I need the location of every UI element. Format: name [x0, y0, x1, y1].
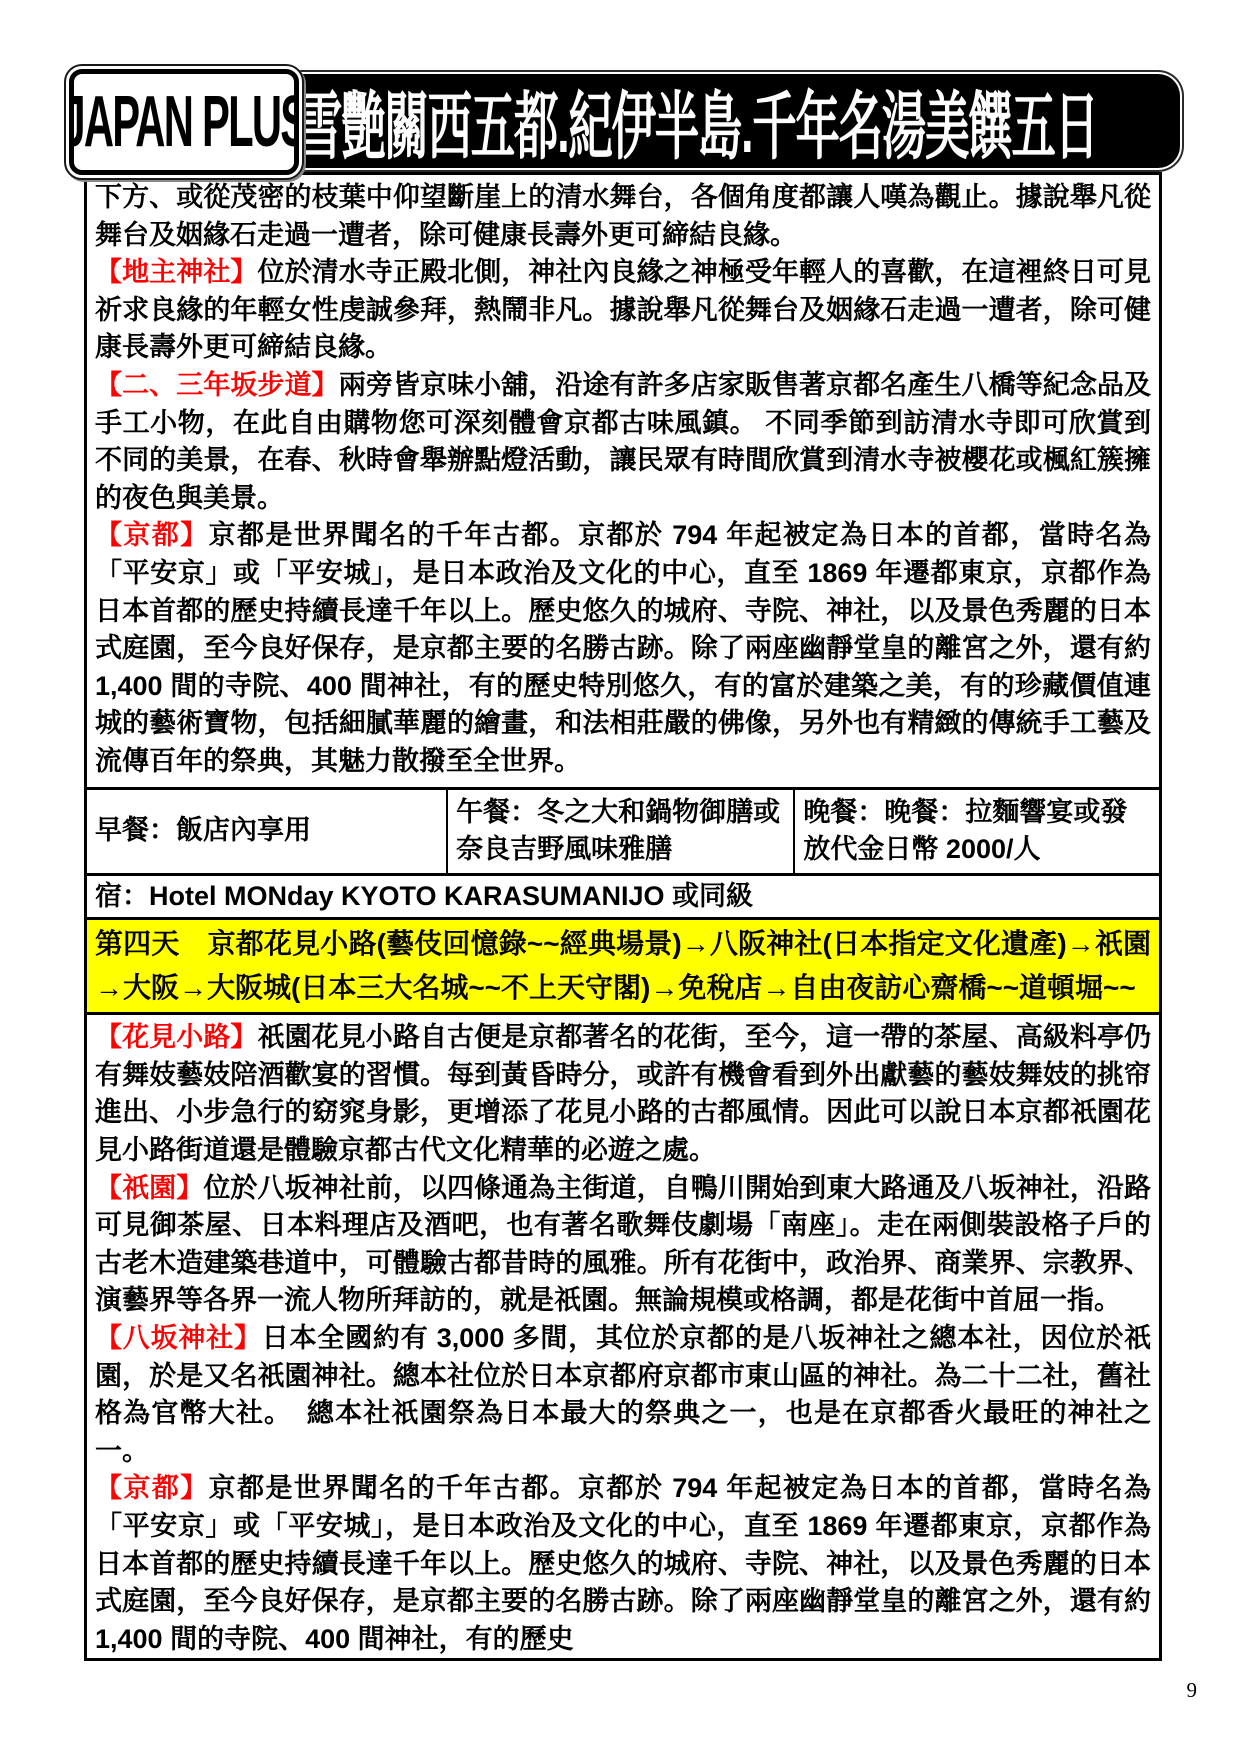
section-label: 【二、三年坂步道】 — [95, 370, 339, 400]
page-number: 9 — [1187, 1678, 1198, 1703]
section-label: 【京都】 — [95, 1473, 209, 1503]
section-label: 【花見小路】 — [95, 1022, 257, 1052]
itinerary-page: 雪艷關西五都.紀伊半島.千年名湯美饌五日 JAPAN PLUS 下方、或從茂密的… — [0, 0, 1241, 1755]
meal-table: 早餐：飯店內享用 午餐：冬之大和鍋物御膳或奈良吉野風味雅膳 晚餐：晚餐：拉麵響宴… — [87, 787, 1159, 876]
paragraph-hanami-koji: 【花見小路】祇園花見小路自古便是京都著名的花街，至今，這一帶的茶屋、高級料亭仍有… — [87, 1015, 1159, 1169]
tour-title: 雪艷關西五都.紀伊半島.千年名湯美饌五日 — [280, 68, 1098, 174]
breakfast-cell: 早餐：飯店內享用 — [87, 790, 446, 873]
section-label: 【京都】 — [95, 520, 209, 550]
paragraph-text: 下方、或從茂密的枝葉中仰望斷崖上的清水舞台，各個角度都讓人嘆為觀止。據說舉凡從舞… — [95, 182, 1151, 250]
paragraph-text: 位於八坂神社前，以四條通為主街道，自鴨川開始到東大路通及八坂神社，沿路可見御茶屋… — [95, 1173, 1151, 1316]
lunch-cell: 午餐：冬之大和鍋物御膳或奈良吉野風味雅膳 — [446, 790, 793, 873]
paragraph-gion: 【祇園】位於八坂神社前，以四條通為主街道，自鴨川開始到東大路通及八坂神社，沿路可… — [87, 1170, 1159, 1320]
japan-plus-logo-inner: JAPAN PLUS — [69, 69, 299, 175]
paragraph-yasaka-shrine: 【八坂神社】日本全國約有 3,000 多間，其位於京都的是八坂神社之總本社，因位… — [87, 1320, 1159, 1470]
japan-plus-logo: JAPAN PLUS — [64, 64, 304, 180]
hotel-row: 宿：Hotel MONday KYOTO KARASUMANIJO 或同級 — [87, 876, 1159, 921]
paragraph-kyoto: 【京都】京都是世界聞名的千年古都。京都於 794 年起被定為日本的首都，當時名為… — [87, 517, 1159, 780]
section-label: 【地主神社】 — [95, 257, 257, 287]
paragraph-kyoto-repeat: 【京都】京都是世界聞名的千年古都。京都於 794 年起被定為日本的首都，當時名為… — [87, 1470, 1159, 1658]
paragraph-kiyomizu-continuation: 下方、或從茂密的枝葉中仰望斷崖上的清水舞台，各個角度都讓人嘆為觀止。據說舉凡從舞… — [87, 175, 1159, 254]
day4-itinerary-banner: 第四天 京都花見小路(藝伎回憶錄~~經典場景)→八阪神社(日本指定文化遺產)→祇… — [87, 920, 1159, 1015]
itinerary-content-box: 下方、或從茂密的枝葉中仰望斷崖上的清水舞台，各個角度都讓人嘆為觀止。據說舉凡從舞… — [84, 172, 1162, 1661]
section-label: 【八坂神社】 — [95, 1323, 262, 1353]
paragraph-text: 京都是世界聞名的千年古都。京都於 794 年起被定為日本的首都，當時名為「平安京… — [95, 520, 1151, 776]
section-label: 【祇園】 — [95, 1173, 203, 1203]
paragraph-text: 京都是世界聞名的千年古都。京都於 794 年起被定為日本的首都，當時名為「平安京… — [95, 1473, 1151, 1653]
logo-text: JAPAN PLUS — [69, 81, 299, 163]
dinner-cell: 晚餐：晚餐：拉麵響宴或發放代金日幣 2000/人 — [793, 790, 1159, 873]
tour-title-banner: 雪艷關西五都.紀伊半島.千年名湯美饌五日 — [280, 74, 1180, 168]
paragraph-jishu-shrine: 【地主神社】位於清水寺正殿北側，神社內良緣之神極受年輕人的喜歡，在這裡終日可見祈… — [87, 254, 1159, 367]
paragraph-sannenzaka-path: 【二、三年坂步道】兩旁皆京味小舖，沿途有許多店家販售著京都名產生八橋等紀念品及手… — [87, 367, 1159, 517]
